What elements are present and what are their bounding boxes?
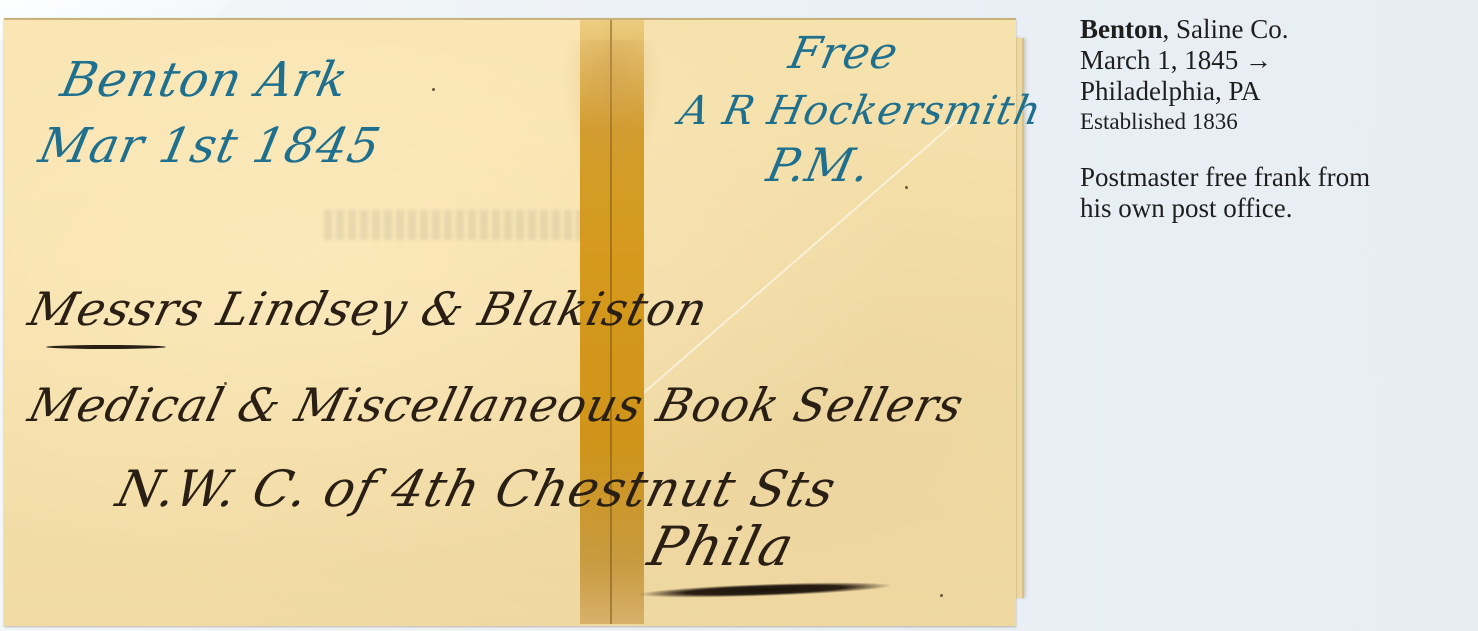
messrs-underline: [46, 345, 166, 349]
show-through-printing: [324, 210, 584, 240]
address-line-street: N.W. C. of 4th Chestnut Sts: [111, 460, 842, 518]
caption-established: Established 1836: [1080, 107, 1370, 136]
postmaster-signature: A R Hockersmith: [675, 88, 1046, 134]
paper-speck: [905, 186, 908, 189]
address-line-addressee: Messrs Lindsey & Blakiston: [23, 282, 713, 336]
caption-note-line2: his own post office.: [1080, 193, 1370, 224]
caption-town-line: Benton, Saline Co.: [1080, 14, 1370, 45]
manuscript-postmark-town: Benton Ark: [56, 52, 354, 108]
paper-speck: [224, 382, 227, 385]
free-frank-word: Free: [785, 28, 903, 79]
caption-county: , Saline Co.: [1163, 14, 1289, 44]
caption-note-line1: Postmaster free frank from: [1080, 162, 1370, 193]
address-line-business: Medical & Miscellaneous Book Sellers: [23, 378, 969, 432]
caption-destination: Philadelphia, PA: [1080, 76, 1370, 107]
cover-description-caption: Benton, Saline Co. March 1, 1845 → Phila…: [1080, 14, 1370, 224]
caption-town-name: Benton: [1080, 14, 1163, 44]
paper-speck: [432, 88, 435, 91]
paper-speck: [940, 594, 943, 597]
caption-date-route: March 1, 1845 →: [1080, 45, 1370, 76]
address-line-city: Phila: [642, 515, 801, 578]
postmaster-title: P.M.: [762, 138, 875, 192]
manuscript-postmark-date: Mar 1st 1845: [34, 118, 386, 174]
